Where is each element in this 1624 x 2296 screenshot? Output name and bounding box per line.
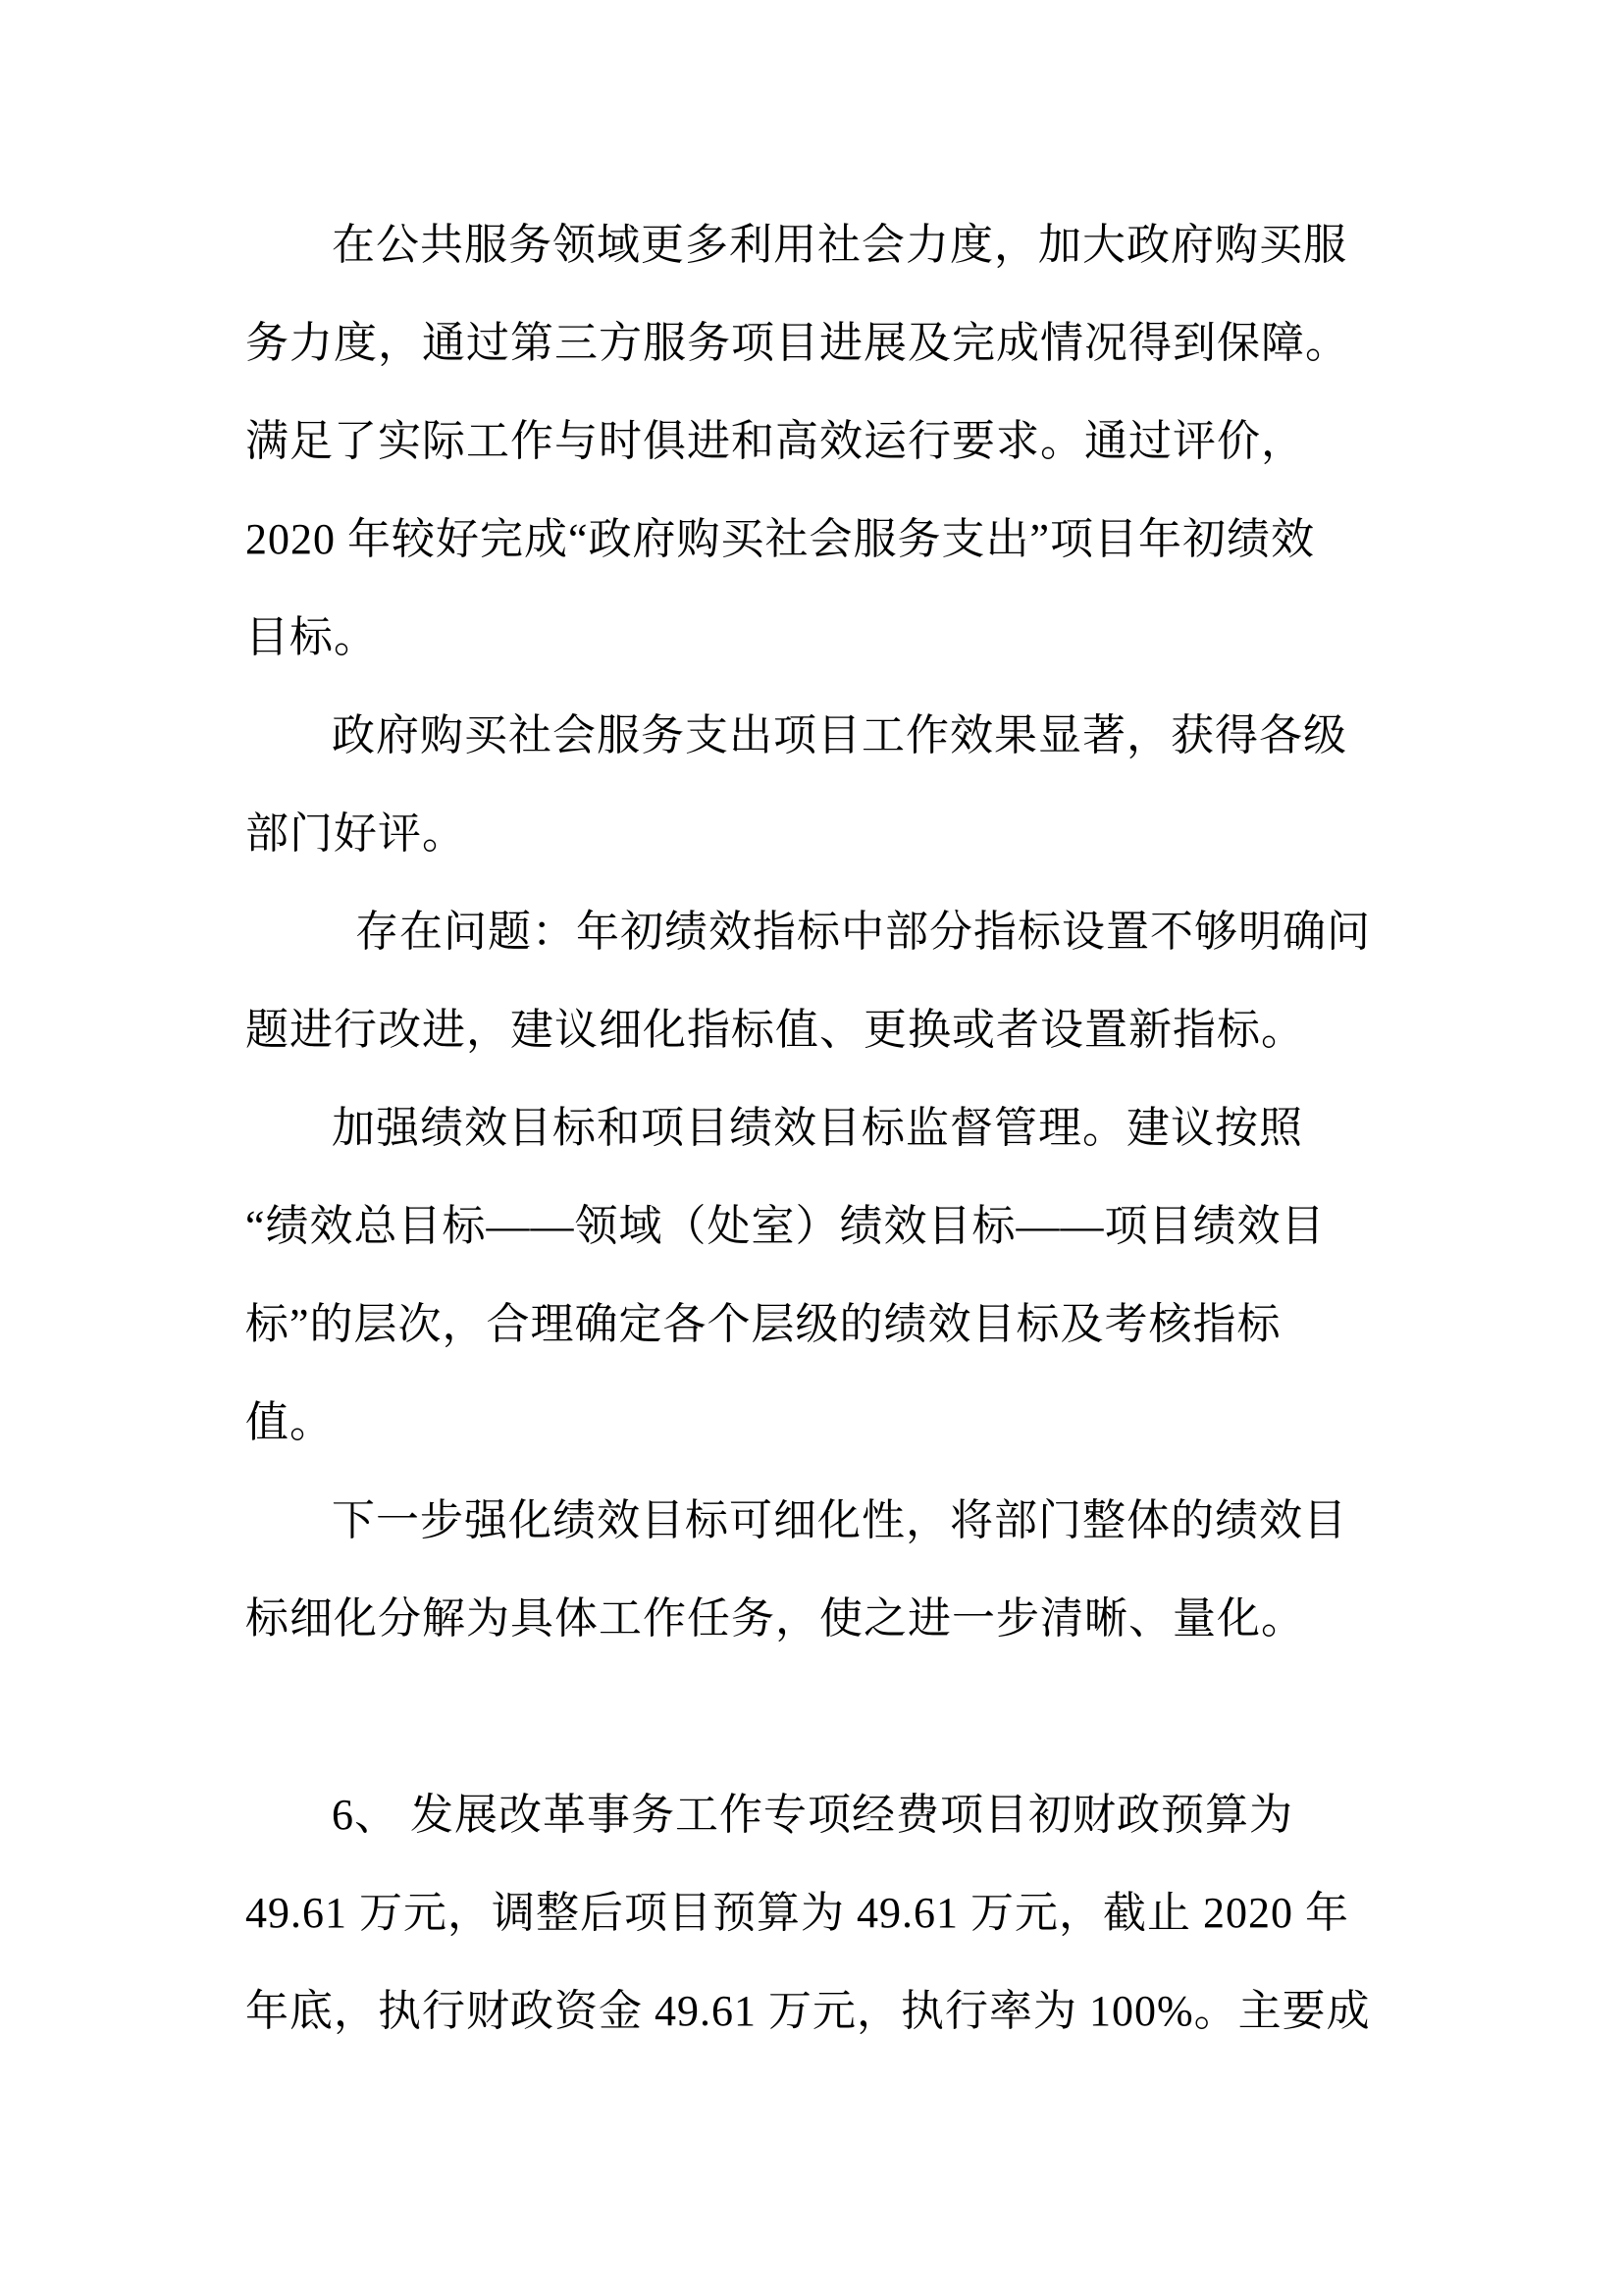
text-line: 标”的层次，合理确定各个层级的绩效目标及考核指标 bbox=[245, 1276, 1438, 1374]
text-line: 标细化分解为具体工作任务，使之进一步清晰、量化。 bbox=[245, 1570, 1438, 1668]
text-line: 政府购买社会服务支出项目工作效果显著，获得各级 bbox=[245, 687, 1438, 785]
text-line: 务力度，通过第三方服务项目进展及完成情况得到保障。 bbox=[245, 294, 1438, 392]
text-line: “绩效总目标——领域（处室）绩效目标——项目绩效目 bbox=[245, 1177, 1438, 1276]
text-line: 49.61 万元，调整后项目预算为 49.61 万元，截止 2020 年 bbox=[245, 1864, 1438, 1962]
document-body: 在公共服务领域更多利用社会力度，加大政府购买服 务力度，通过第三方服务项目进展及… bbox=[245, 196, 1438, 2061]
document-page: 在公共服务领域更多利用社会力度，加大政府购买服 务力度，通过第三方服务项目进展及… bbox=[0, 0, 1624, 2296]
text-line: 在公共服务领域更多利用社会力度，加大政府购买服 bbox=[245, 196, 1438, 294]
text-line: 目标。 bbox=[245, 589, 1438, 687]
text-line: 2020 年较好完成“政府购买社会服务支出”项目年初绩效 bbox=[245, 491, 1438, 589]
text-line: 年底，执行财政资金 49.61 万元，执行率为 100%。主要成 bbox=[245, 1962, 1438, 2061]
blank-line bbox=[245, 1668, 1438, 1766]
text-line: 下一步强化绩效目标可细化性，将部门整体的绩效目 bbox=[245, 1472, 1438, 1570]
text-line: 满足了实际工作与时俱进和高效运行要求。通过评价， bbox=[245, 392, 1438, 491]
text-line: 题进行改进，建议细化指标值、更换或者设置新指标。 bbox=[245, 981, 1438, 1079]
text-line: 存在问题：年初绩效指标中部分指标设置不够明确问 bbox=[245, 883, 1438, 981]
text-line: 值。 bbox=[245, 1374, 1438, 1472]
text-line-list-item: 6、 发展改革事务工作专项经费项目初财政预算为 bbox=[245, 1766, 1438, 1864]
text-line: 部门好评。 bbox=[245, 785, 1438, 883]
text-line: 加强绩效目标和项目绩效目标监督管理。建议按照 bbox=[245, 1079, 1438, 1177]
